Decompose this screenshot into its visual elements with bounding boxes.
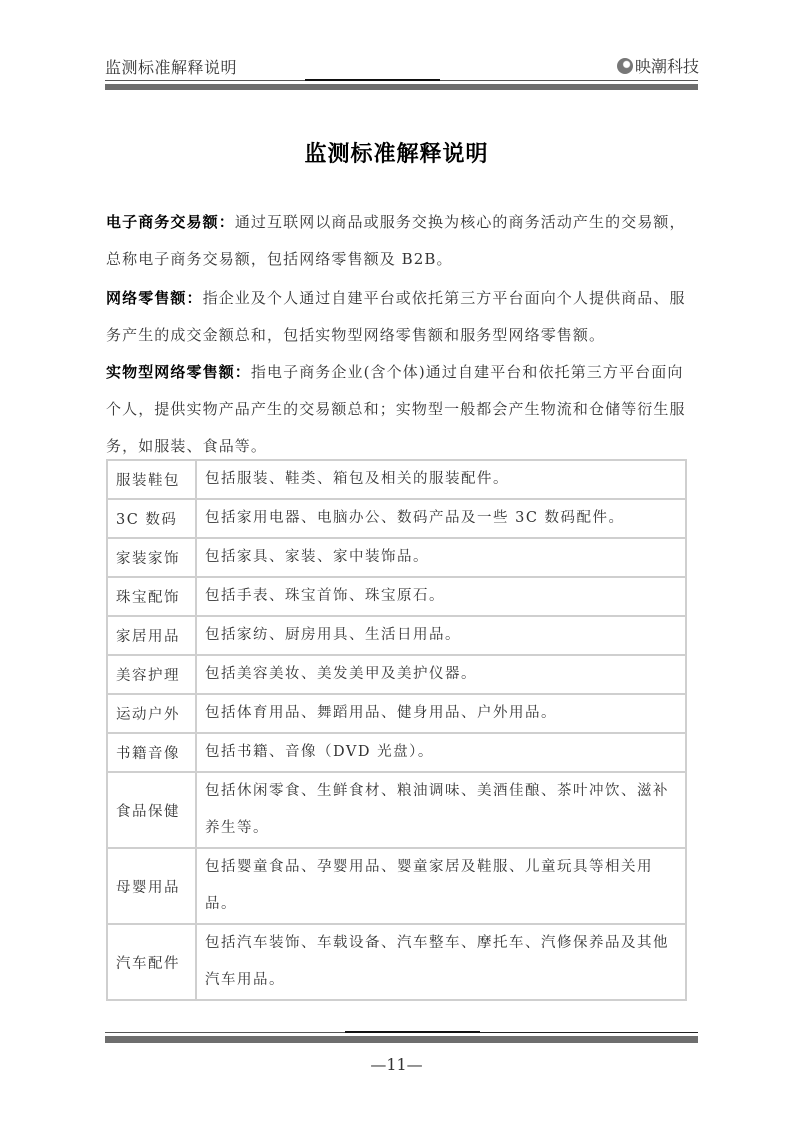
category-desc: 包括服装、鞋类、箱包及相关的服装配件。 <box>196 460 686 499</box>
category-desc: 包括家具、家装、家中装饰品。 <box>196 538 686 577</box>
footer-rule <box>480 1032 698 1033</box>
header-bar <box>105 84 698 90</box>
definition-ecommerce-volume: 电子商务交易额：通过互联网以商品或服务交换为核心的商务活动产生的交易额，总称电子… <box>106 204 690 278</box>
definition-term: 实物型网络零售额： <box>106 363 251 381</box>
header-doc-title: 监测标准解释说明 <box>105 55 237 78</box>
table-row: 汽车配件 包括汽车装饰、车载设备、汽车整车、摩托车、汽修保养品及其他汽车用品。 <box>107 924 686 1000</box>
definition-physical-online-retail: 实物型网络零售额：指电子商务企业(含个体)通过自建平台和依托第三方平台面向个人，… <box>106 354 690 465</box>
category-name: 3C 数码 <box>107 499 196 538</box>
header-rule-accent <box>305 79 440 81</box>
category-desc: 包括家用电器、电脑办公、数码产品及一些 3C 数码配件。 <box>196 499 686 538</box>
table-row: 珠宝配饰 包括手表、珠宝首饰、珠宝原石。 <box>107 577 686 616</box>
page-number: —11— <box>0 1055 793 1074</box>
table-row: 食品保健 包括休闲零食、生鲜食材、粮油调味、美酒佳酿、茶叶冲饮、滋补养生等。 <box>107 772 686 848</box>
category-name: 书籍音像 <box>107 733 196 772</box>
brand-name: 映潮科技 <box>635 54 699 77</box>
table-row: 家居用品 包括家纺、厨房用具、生活日用品。 <box>107 616 686 655</box>
category-name: 美容护理 <box>107 655 196 694</box>
table-row: 美容护理 包括美容美妆、美发美甲及美护仪器。 <box>107 655 686 694</box>
header-rule <box>105 80 305 81</box>
category-desc: 包括家纺、厨房用具、生活日用品。 <box>196 616 686 655</box>
table-row: 家装家饰 包括家具、家装、家中装饰品。 <box>107 538 686 577</box>
category-desc: 包括体育用品、舞蹈用品、健身用品、户外用品。 <box>196 694 686 733</box>
page-title: 监测标准解释说明 <box>0 137 793 168</box>
category-desc: 包括书籍、音像（DVD 光盘）。 <box>196 733 686 772</box>
category-name: 运动户外 <box>107 694 196 733</box>
footer-rule-accent <box>345 1031 480 1033</box>
header-brand: 映潮科技 <box>617 54 699 77</box>
definition-term: 电子商务交易额： <box>106 213 235 231</box>
category-name: 母婴用品 <box>107 848 196 924</box>
table-row: 书籍音像 包括书籍、音像（DVD 光盘）。 <box>107 733 686 772</box>
category-desc: 包括婴童食品、孕婴用品、婴童家居及鞋服、儿童玩具等相关用品。 <box>196 848 686 924</box>
category-name: 家居用品 <box>107 616 196 655</box>
table-row: 3C 数码 包括家用电器、电脑办公、数码产品及一些 3C 数码配件。 <box>107 499 686 538</box>
category-name: 珠宝配饰 <box>107 577 196 616</box>
table-row: 服装鞋包 包括服装、鞋类、箱包及相关的服装配件。 <box>107 460 686 499</box>
table-row: 母婴用品 包括婴童食品、孕婴用品、婴童家居及鞋服、儿童玩具等相关用品。 <box>107 848 686 924</box>
category-name: 家装家饰 <box>107 538 196 577</box>
category-desc: 包括汽车装饰、车载设备、汽车整车、摩托车、汽修保养品及其他汽车用品。 <box>196 924 686 1000</box>
definition-term: 网络零售额： <box>106 289 203 307</box>
category-desc: 包括美容美妆、美发美甲及美护仪器。 <box>196 655 686 694</box>
table-row: 运动户外 包括体育用品、舞蹈用品、健身用品、户外用品。 <box>107 694 686 733</box>
category-table: 服装鞋包 包括服装、鞋类、箱包及相关的服装配件。 3C 数码 包括家用电器、电脑… <box>106 459 687 1001</box>
footer-bar <box>105 1036 698 1043</box>
definition-online-retail: 网络零售额：指企业及个人通过自建平台或依托第三方平台面向个人提供商品、服务产生的… <box>106 280 690 354</box>
category-name: 服装鞋包 <box>107 460 196 499</box>
category-name: 汽车配件 <box>107 924 196 1000</box>
header-rule <box>440 80 698 81</box>
logo-circle-icon <box>617 58 633 74</box>
category-name: 食品保健 <box>107 772 196 848</box>
category-desc: 包括手表、珠宝首饰、珠宝原石。 <box>196 577 686 616</box>
footer-rule <box>105 1032 345 1033</box>
category-desc: 包括休闲零食、生鲜食材、粮油调味、美酒佳酿、茶叶冲饮、滋补养生等。 <box>196 772 686 848</box>
